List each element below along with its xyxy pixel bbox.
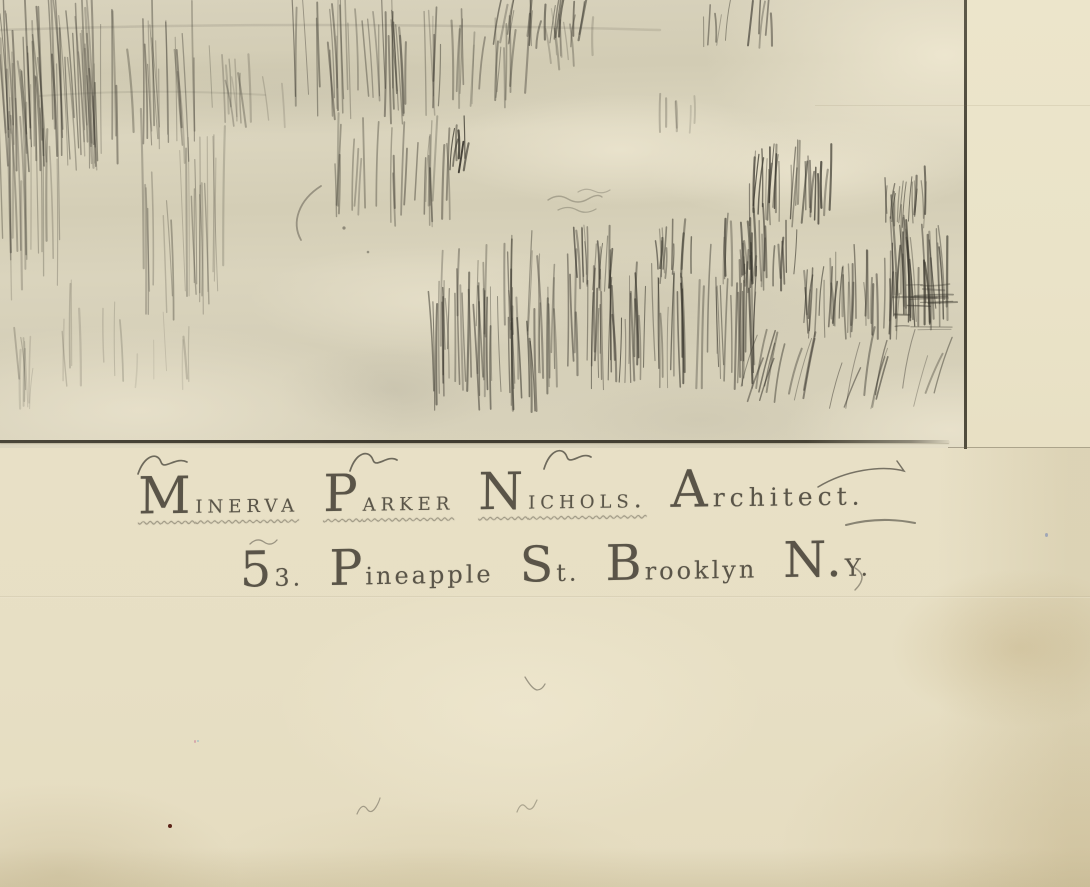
signature-last-name: Nichols.: [478, 460, 647, 522]
address-line: 53. Pineapple St. Brooklyn N.Y.: [240, 529, 871, 598]
faint-border-extension-line: [948, 447, 1090, 448]
paper-fleck-pink: [194, 740, 196, 743]
signature-first-name: Minerva: [138, 464, 299, 526]
paper-crease-line: [0, 596, 1090, 598]
paper-fleck-cyan: [197, 740, 199, 742]
address-street-suffix: St.: [520, 535, 580, 594]
address-street: Pineapple: [329, 536, 493, 597]
address-city: Brooklyn: [606, 531, 758, 592]
blank-right-margin: [966, 0, 1090, 448]
signature-title: Architect.: [671, 458, 865, 520]
drawing-border-bottom-line: [0, 440, 949, 443]
scanned-architectural-drawing: Minerva Parker Nichols. Architect. 53. P…: [0, 0, 1090, 887]
paper-fleck-blue: [1045, 533, 1048, 537]
address-state: N.Y.: [783, 529, 871, 589]
signature-middle-name: Parker: [323, 463, 454, 525]
drawing-border-right-line: [964, 0, 967, 449]
architect-signature-line: Minerva Parker Nichols. Architect.: [138, 458, 865, 527]
drawing-wash-background: [0, 0, 966, 448]
paper-fleck-maroon: [168, 824, 172, 828]
address-number: 53.: [240, 539, 303, 598]
faint-upper-crease-line: [815, 105, 1090, 106]
